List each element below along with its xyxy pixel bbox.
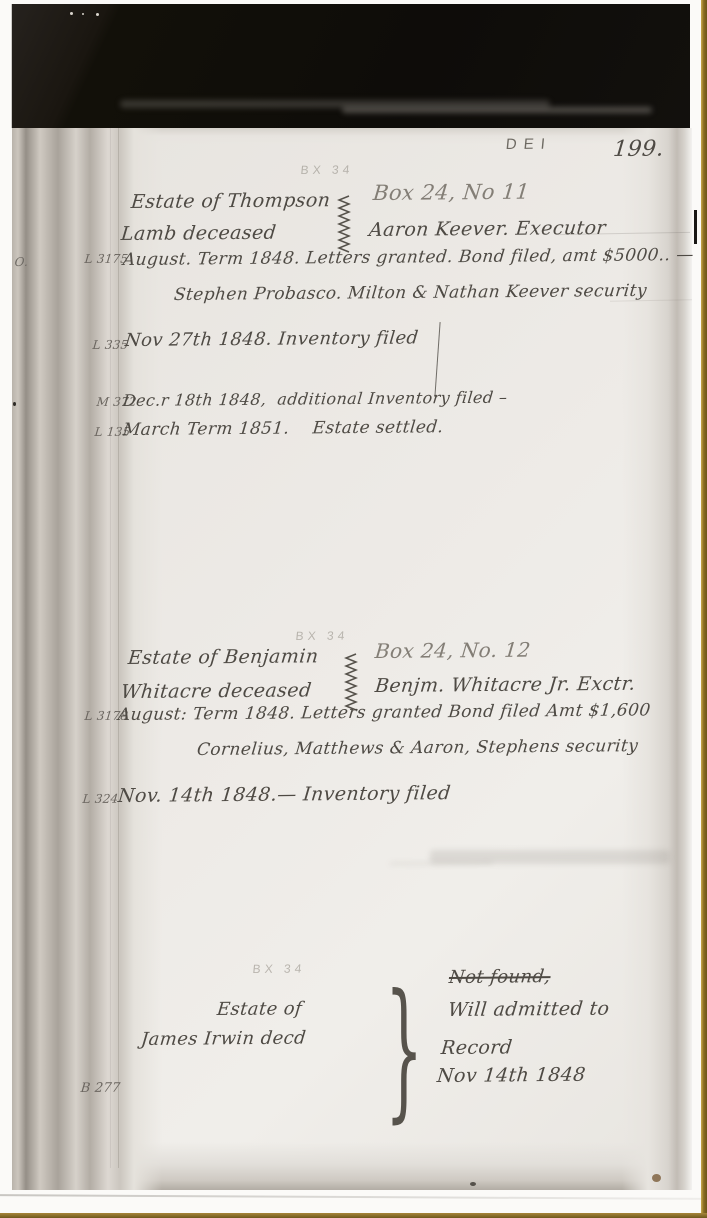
- court-record-line: Dec.r 18th 1848, additional Inventory fi…: [122, 389, 508, 410]
- estate-name-line: Estate of Thompson: [130, 190, 331, 213]
- box-stamp: BX 34: [295, 630, 349, 644]
- curly-brace-icon: }: [385, 975, 423, 1125]
- court-record-line: Nov 27th 1848. Inventory filed: [124, 328, 419, 350]
- executor-name: Aaron Keever. Executor: [368, 218, 607, 241]
- ink-dot: [13, 402, 16, 406]
- margin-reference: B 277: [80, 1082, 121, 1097]
- box-stamp: BX 34: [252, 963, 306, 977]
- court-record-line: Cornelius, Matthews & Aaron, Stephens se…: [196, 737, 639, 760]
- margin-crease-line: [110, 128, 111, 1168]
- stain-speck: [652, 1174, 661, 1182]
- estate-name-line: Estate of Benjamin: [127, 646, 319, 669]
- page-number: 199.: [612, 138, 665, 163]
- court-record-line: March Term 1851. Estate settled.: [122, 418, 444, 439]
- margin-crease-line: [118, 128, 119, 1168]
- executor-name: Benjm. Whitacre Jr. Exctr.: [374, 674, 636, 697]
- court-record-line: Nov. 14th 1848.— Inventory filed: [117, 783, 452, 807]
- scan-frame-right: [701, 0, 707, 1218]
- gutter-note: O.: [14, 256, 29, 269]
- estate-name-line: James Irwin decd: [140, 1029, 307, 1050]
- box-stamp: BX 34: [300, 164, 354, 178]
- squiggle-brace-icon: [337, 194, 351, 256]
- court-record-line: Nov 14th 1848: [436, 1065, 587, 1087]
- dust-speck: [82, 13, 84, 15]
- court-record-line: Stephen Probasco. Milton & Nathan Keever…: [173, 282, 648, 305]
- court-record-line: Will admitted to: [447, 999, 610, 1021]
- court-record-line: Record: [440, 1037, 513, 1059]
- photo-smudge: [342, 107, 652, 113]
- scan-frame-bottom: [0, 1213, 707, 1218]
- table-edge-line: [0, 1194, 707, 1200]
- not-found-note: Not found,: [448, 967, 551, 988]
- ink-dot: [470, 1182, 476, 1186]
- photo-background: [12, 4, 690, 128]
- estate-name-line: Estate of: [216, 999, 303, 1020]
- photo-edge-line: [11, 4, 12, 128]
- scanned-probate-record-page: DEI 199. BX 34 O. Estate of Thompson Lam…: [0, 0, 707, 1218]
- box-number: Box 24, No 11: [372, 181, 531, 205]
- edge-ink-mark: [694, 210, 697, 244]
- estate-name-line: Whitacre deceased: [120, 680, 313, 703]
- margin-reference: L 324: [82, 793, 119, 806]
- dust-speck: [70, 12, 73, 15]
- dust-speck: [96, 13, 99, 16]
- dei-stamp: DEI: [505, 137, 553, 154]
- box-number: Box 24, No. 12: [374, 639, 532, 662]
- estate-name-line: Lamb deceased: [120, 223, 277, 245]
- ghost-showthrough-smudge: [430, 850, 670, 864]
